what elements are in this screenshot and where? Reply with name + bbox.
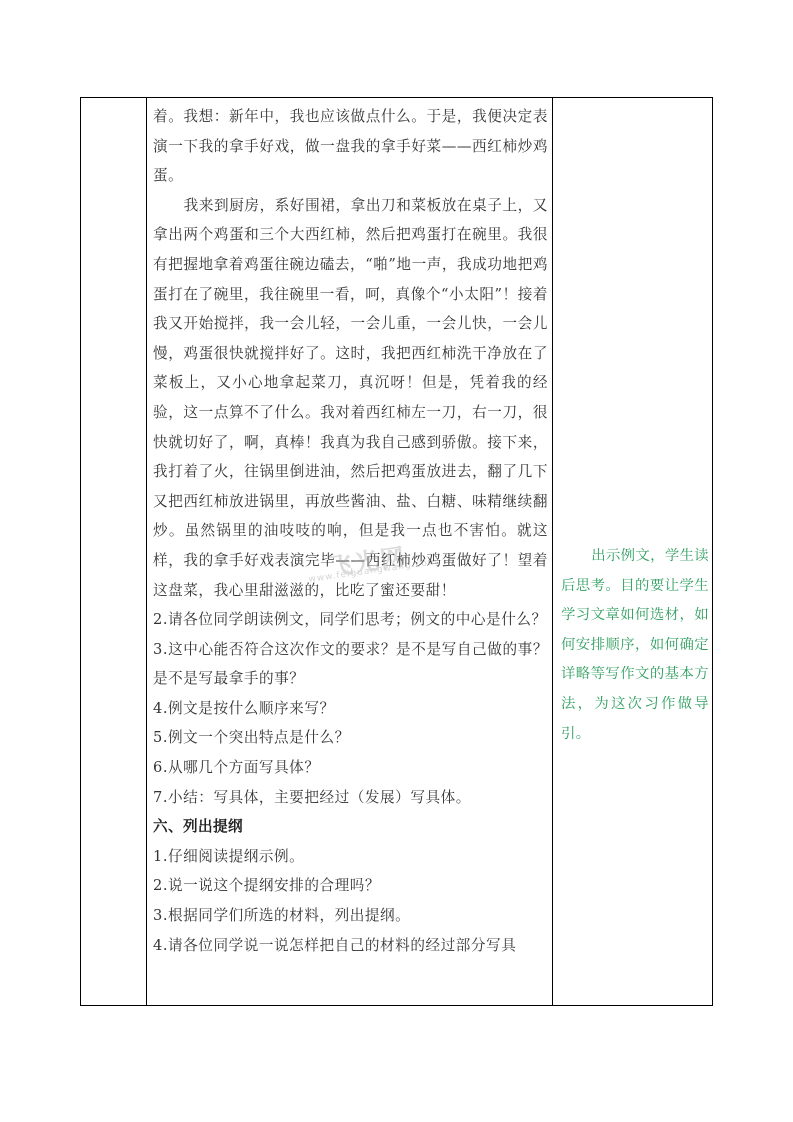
story-paragraph: 我来到厨房，系好围裙，拿出刀和菜板放在桌子上，又拿出两个鸡蛋和三个大西红柿，然后… [153, 191, 548, 605]
left-column-cell [81, 98, 147, 1005]
teacher-note-cell: 出示例文，学生读后思考。目的要让学生学习文章如何选材，如何安排顺序，如何确定详略… [553, 98, 712, 1005]
lesson-plan-table: 着。我想：新年中，我也应该做点什么。于是，我便决定表演一下我的拿手好戏，做一盘我… [80, 97, 713, 1006]
teacher-note-text: 出示例文，学生读后思考。目的要让学生学习文章如何选材，如何安排顺序，如何确定详略… [561, 542, 709, 749]
story-intro-text: 着。我想：新年中，我也应该做点什么。于是，我便决定表演一下我的拿手好戏，做一盘我… [153, 102, 548, 191]
question-4: 4.例文是按什么顺序来写？ [153, 694, 548, 724]
outline-step-4: 4.请各位同学说一说怎样把自己的材料的经过部分写具 [153, 931, 548, 961]
section-heading: 六、列出提纲 [153, 812, 548, 842]
question-2: 2.请各位同学朗读例文，同学们思考；例文的中心是什么？ [153, 605, 548, 635]
main-content-cell: 着。我想：新年中，我也应该做点什么。于是，我便决定表演一下我的拿手好戏，做一盘我… [147, 98, 553, 1005]
summary-7: 7.小结：写具体，主要把经过（发展）写具体。 [153, 783, 548, 813]
outline-step-2: 2.说一说这个提纲安排的合理吗？ [153, 871, 548, 901]
question-3: 3.这中心能否符合这次作文的要求？是不是写自己做的事？是不是写最拿手的事？ [153, 635, 548, 694]
outline-step-1: 1.仔细阅读提纲示例。 [153, 842, 548, 872]
question-6: 6.从哪几个方面写具体？ [153, 753, 548, 783]
outline-step-3: 3.根据同学们所选的材料，列出提纲。 [153, 901, 548, 931]
question-5: 5.例文一个突出特点是什么？ [153, 723, 548, 753]
